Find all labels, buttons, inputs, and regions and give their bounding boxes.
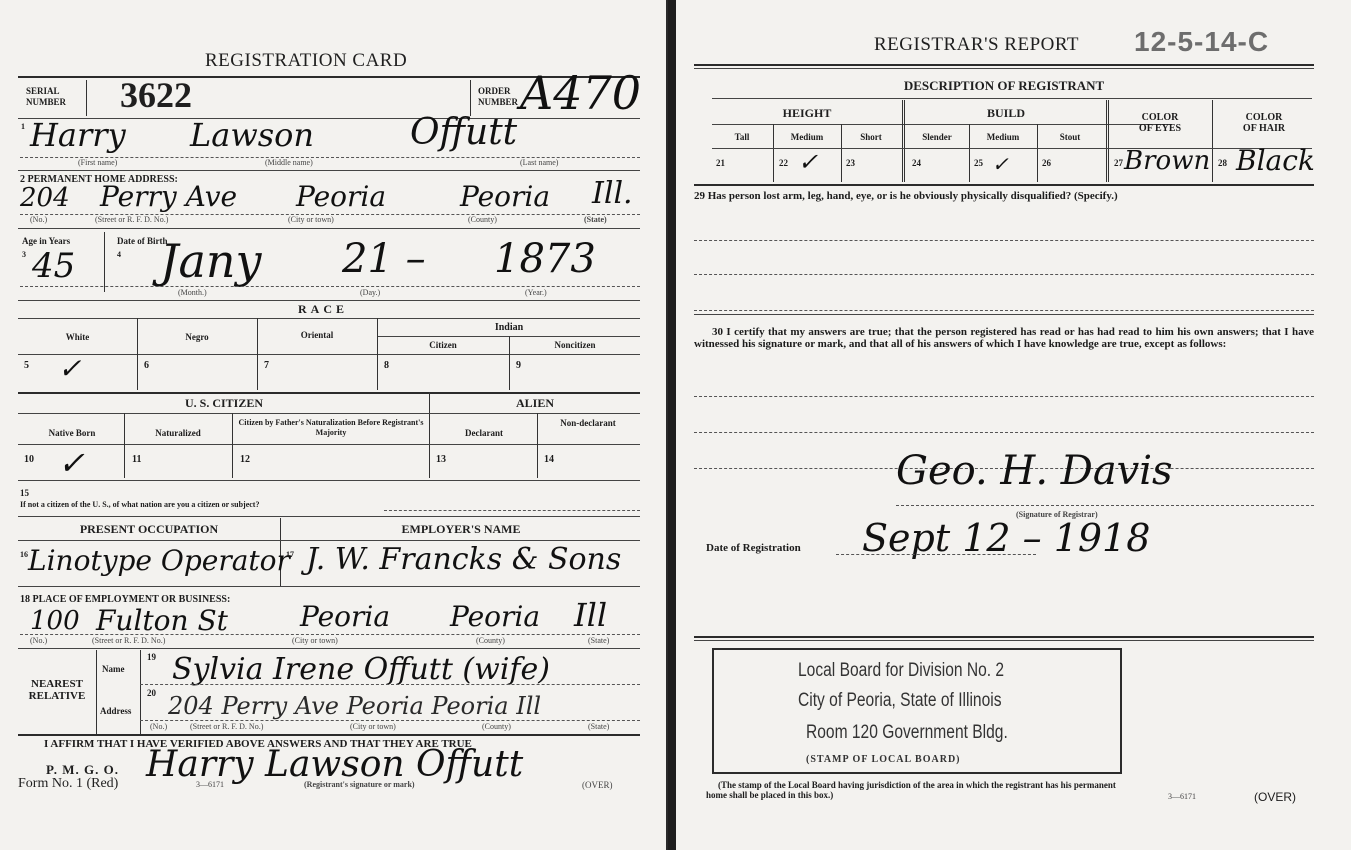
order-label: ORDER NUMBER — [478, 86, 518, 108]
local-board-stamp-box: Local Board for Division No. 2 City of P… — [712, 648, 1122, 774]
nearest-relative-label-line: NEAREST — [20, 678, 94, 690]
divider — [104, 232, 105, 292]
divider — [1106, 100, 1109, 182]
caption: (No.) — [30, 215, 47, 224]
field-number: 20 — [147, 688, 156, 698]
alien-col-declarant: Declarant — [432, 428, 536, 438]
answer-line — [694, 274, 1314, 275]
divider — [18, 354, 640, 355]
divider — [257, 318, 258, 390]
card-gutter — [668, 0, 676, 850]
eyes-heading-line: COLOR — [1110, 112, 1210, 123]
race-col-indian-citizen: Citizen — [378, 340, 508, 350]
registrar-signature: Geo. H. Davis — [896, 448, 1173, 494]
caption: (Street or R. F. D. No.) — [95, 215, 168, 224]
form-number: Form No. 1 (Red) — [18, 776, 118, 792]
registrar-signature-line — [896, 505, 1314, 506]
description-heading: DESCRIPTION OF REGISTRANT — [694, 78, 1314, 94]
divider — [18, 318, 640, 319]
caption: (State) — [584, 215, 607, 224]
over-label: (OVER) — [582, 780, 613, 790]
divider — [694, 64, 1314, 66]
report-title: REGISTRAR'S REPORT — [874, 34, 1079, 56]
divider — [137, 318, 138, 390]
caption: (Street or R. F. D. No.) — [190, 722, 263, 731]
eye-color-value: Brown — [1124, 146, 1210, 176]
exception-line — [694, 396, 1314, 397]
field-number: 11 — [132, 454, 141, 465]
divider — [694, 184, 1314, 186]
field-number: 16 — [20, 550, 28, 559]
native-born-check: ✓ — [58, 444, 85, 482]
employer-heading: EMPLOYER'S NAME — [282, 522, 640, 537]
employment-street: Fulton St — [96, 604, 228, 637]
nearest-relative-label-line: RELATIVE — [20, 690, 94, 702]
divider — [18, 540, 640, 541]
first-name: Harry — [30, 116, 126, 154]
divider — [18, 392, 640, 394]
caption: (No.) — [150, 722, 167, 731]
divider — [18, 480, 640, 481]
divider — [18, 228, 640, 229]
order-number: A470 — [520, 66, 641, 120]
height-col-medium: Medium — [774, 132, 840, 142]
employment-number: 100 — [30, 606, 80, 636]
alien-col-nondeclarant: Non-declarant — [540, 418, 636, 429]
divider — [140, 650, 141, 734]
divider — [1212, 100, 1213, 182]
field-number: 15 — [20, 488, 29, 498]
field-number: 13 — [436, 454, 446, 465]
field-number: 4 — [117, 250, 121, 259]
nearest-relative-label: NEAREST RELATIVE — [20, 678, 94, 702]
date-stamp: 12-5-14-C — [1134, 26, 1269, 58]
field-number: 14 — [544, 454, 554, 465]
divider — [96, 650, 97, 734]
caption: (County) — [482, 722, 511, 731]
field-number: 6 — [144, 360, 149, 371]
caption: (State) — [588, 722, 609, 731]
eyes-heading-line: OF EYES — [1110, 123, 1210, 134]
hair-heading-line: COLOR — [1214, 112, 1314, 123]
serial-label-line: SERIAL — [26, 86, 66, 97]
field-number: 7 — [264, 360, 269, 371]
employment-county: Peoria — [450, 600, 540, 633]
stamp-line-1: Local Board for Division No. 2 — [798, 660, 1004, 682]
divider — [18, 734, 640, 736]
relative-name-line — [140, 684, 640, 685]
exception-line — [694, 432, 1314, 433]
divider — [694, 636, 1314, 638]
stamp-instructions: (The stamp of the Local Board having jur… — [706, 780, 1126, 800]
citizen-col-native-born: Native Born — [20, 428, 124, 438]
height-medium-check: ✓ — [798, 148, 818, 176]
height-col-tall: Tall — [712, 132, 772, 142]
divider — [969, 124, 970, 182]
divider — [694, 640, 1314, 641]
field-number: 24 — [912, 158, 921, 168]
home-street: Perry Ave — [100, 180, 237, 213]
field-number: 28 — [1218, 158, 1227, 168]
relative-name-value: Sylvia Irene Offutt (wife) — [172, 652, 550, 687]
nation-question: If not a citizen of the U. S., of what n… — [20, 500, 259, 509]
birth-year: 1873 — [494, 236, 596, 282]
field-number: 12 — [240, 454, 250, 465]
field-number: 8 — [384, 360, 389, 371]
us-citizen-heading: U. S. CITIZEN — [20, 396, 428, 411]
race-col-oriental: Oriental — [258, 330, 376, 340]
race-col-negro: Negro — [138, 332, 256, 342]
divider — [86, 80, 87, 116]
relative-name-label: Name — [102, 664, 125, 674]
race-col-indian-noncitizen: Noncitizen — [510, 340, 640, 350]
occupation-value: Linotype Operator — [28, 544, 290, 577]
registrars-report: REGISTRAR'S REPORT 12-5-14-C DESCRIPTION… — [676, 0, 1351, 850]
registrant-signature: Harry Lawson Offutt — [146, 744, 523, 785]
field-number: 3 — [22, 250, 26, 259]
field-number: 1 — [21, 122, 25, 131]
order-label-line: NUMBER — [478, 97, 518, 108]
employment-line — [20, 634, 640, 635]
citizen-col-naturalized: Naturalized — [126, 428, 230, 438]
divider — [429, 392, 430, 478]
serial-number: 3622 — [120, 74, 192, 116]
stamp-caption: (STAMP OF LOCAL BOARD) — [806, 754, 961, 765]
divider — [712, 124, 1172, 125]
hair-heading: COLOR OF HAIR — [1214, 112, 1314, 134]
build-col-stout: Stout — [1038, 132, 1102, 142]
race-col-indian: Indian — [378, 322, 640, 333]
age-label: Age in Years — [22, 236, 70, 246]
divider — [124, 413, 125, 478]
order-label-line: ORDER — [478, 86, 518, 97]
race-col-white: White — [20, 332, 135, 342]
divider — [18, 516, 640, 517]
serial-label: SERIAL NUMBER — [26, 86, 66, 108]
race-white-check: ✓ — [58, 352, 81, 385]
field-number: 19 — [147, 652, 156, 662]
caption: (City or town) — [292, 636, 338, 645]
height-col-short: Short — [842, 132, 900, 142]
age-value: 45 — [32, 246, 75, 286]
divider — [470, 80, 471, 116]
question-29: 29 Has person lost arm, leg, hand, eye, … — [694, 190, 1314, 202]
hair-heading-line: OF HAIR — [1214, 123, 1314, 134]
card-title: REGISTRATION CARD — [205, 50, 407, 72]
eyes-heading: COLOR OF EYES — [1110, 112, 1210, 134]
stamp-line-2: City of Peoria, State of Illinois — [798, 690, 1002, 712]
race-heading: RACE — [298, 302, 348, 317]
caption: (Month.) — [178, 288, 207, 297]
birth-line — [20, 286, 640, 287]
divider — [537, 413, 538, 478]
field-number: 27 — [1114, 158, 1123, 168]
build-heading: BUILD — [906, 106, 1106, 121]
nation-answer-line — [384, 510, 640, 511]
answer-line — [694, 310, 1314, 311]
middle-name: Lawson — [190, 116, 314, 154]
divider — [18, 170, 640, 171]
divider — [773, 124, 774, 182]
field-number: 9 — [516, 360, 521, 371]
field-number: 21 — [716, 158, 725, 168]
caption: (Street or R. F. D. No.) — [92, 636, 165, 645]
birth-day: 21 – — [342, 236, 426, 282]
field-number: 17 — [286, 550, 294, 559]
last-name: Offutt — [410, 112, 517, 153]
divider — [18, 413, 640, 414]
caption: (County) — [476, 636, 505, 645]
caption: (City or town) — [350, 722, 396, 731]
home-number: 204 — [20, 183, 70, 213]
form-code: 3—6171 — [196, 780, 224, 789]
registration-card-front: REGISTRATION CARD SERIAL NUMBER 3622 ORD… — [0, 0, 668, 850]
relative-address-label: Address — [100, 706, 131, 716]
field-number: 5 — [24, 360, 29, 371]
divider — [712, 98, 1312, 99]
home-city: Peoria — [296, 180, 386, 213]
divider — [18, 444, 640, 445]
date-of-registration-label: Date of Registration — [706, 542, 801, 554]
home-county: Peoria — [460, 180, 550, 213]
build-col-slender: Slender — [906, 132, 968, 142]
date-line — [836, 554, 1036, 555]
divider — [694, 314, 1314, 315]
employment-state: Ill — [574, 596, 607, 634]
signature-caption: (Registrant's signature or mark) — [304, 780, 415, 789]
alien-heading: ALIEN — [430, 396, 640, 411]
hair-color-value: Black — [1236, 144, 1315, 177]
occupation-heading: PRESENT OCCUPATION — [20, 522, 278, 537]
caption: (County) — [468, 215, 497, 224]
divider — [694, 68, 1314, 69]
caption: (City or town) — [288, 215, 334, 224]
form-code: 3—6171 — [1168, 792, 1196, 801]
build-medium-check: ✓ — [992, 152, 1009, 176]
field-number: 23 — [846, 158, 855, 168]
divider — [18, 300, 640, 301]
answer-line — [694, 240, 1314, 241]
divider — [377, 318, 378, 390]
divider — [902, 100, 905, 182]
employment-city: Peoria — [300, 600, 390, 633]
birth-month: Jany — [160, 234, 261, 288]
caption: (Day.) — [360, 288, 380, 297]
field-number: 25 — [974, 158, 983, 168]
caption: (State) — [588, 636, 609, 645]
divider — [509, 336, 510, 390]
caption: (Year.) — [525, 288, 547, 297]
field-number: 10 — [24, 454, 34, 465]
citizen-col-father: Citizen by Father's Naturalization Befor… — [234, 418, 428, 438]
middle-name-caption: (Middle name) — [265, 158, 313, 167]
field-number: 22 — [779, 158, 788, 168]
divider — [18, 648, 640, 649]
home-state: Ill. — [592, 176, 633, 211]
field-number: 26 — [1042, 158, 1051, 168]
over-label: (OVER) — [1254, 790, 1296, 804]
relative-address-line — [140, 720, 640, 721]
stamp-line-3: Room 120 Government Bldg. — [806, 722, 1008, 744]
height-heading: HEIGHT — [712, 106, 902, 121]
divider — [18, 586, 640, 587]
relative-address-value: 204 Perry Ave Peoria Peoria Ill — [168, 692, 541, 720]
divider — [1037, 124, 1038, 182]
last-name-caption: (Last name) — [520, 158, 558, 167]
build-col-medium: Medium — [970, 132, 1036, 142]
caption: (No.) — [30, 636, 47, 645]
question-30: 30 I certify that my answers are true; t… — [694, 326, 1314, 350]
divider — [841, 124, 842, 182]
first-name-caption: (First name) — [78, 158, 117, 167]
employer-value: J. W. Francks & Sons — [306, 542, 621, 577]
serial-label-line: NUMBER — [26, 97, 66, 108]
divider — [232, 413, 233, 478]
